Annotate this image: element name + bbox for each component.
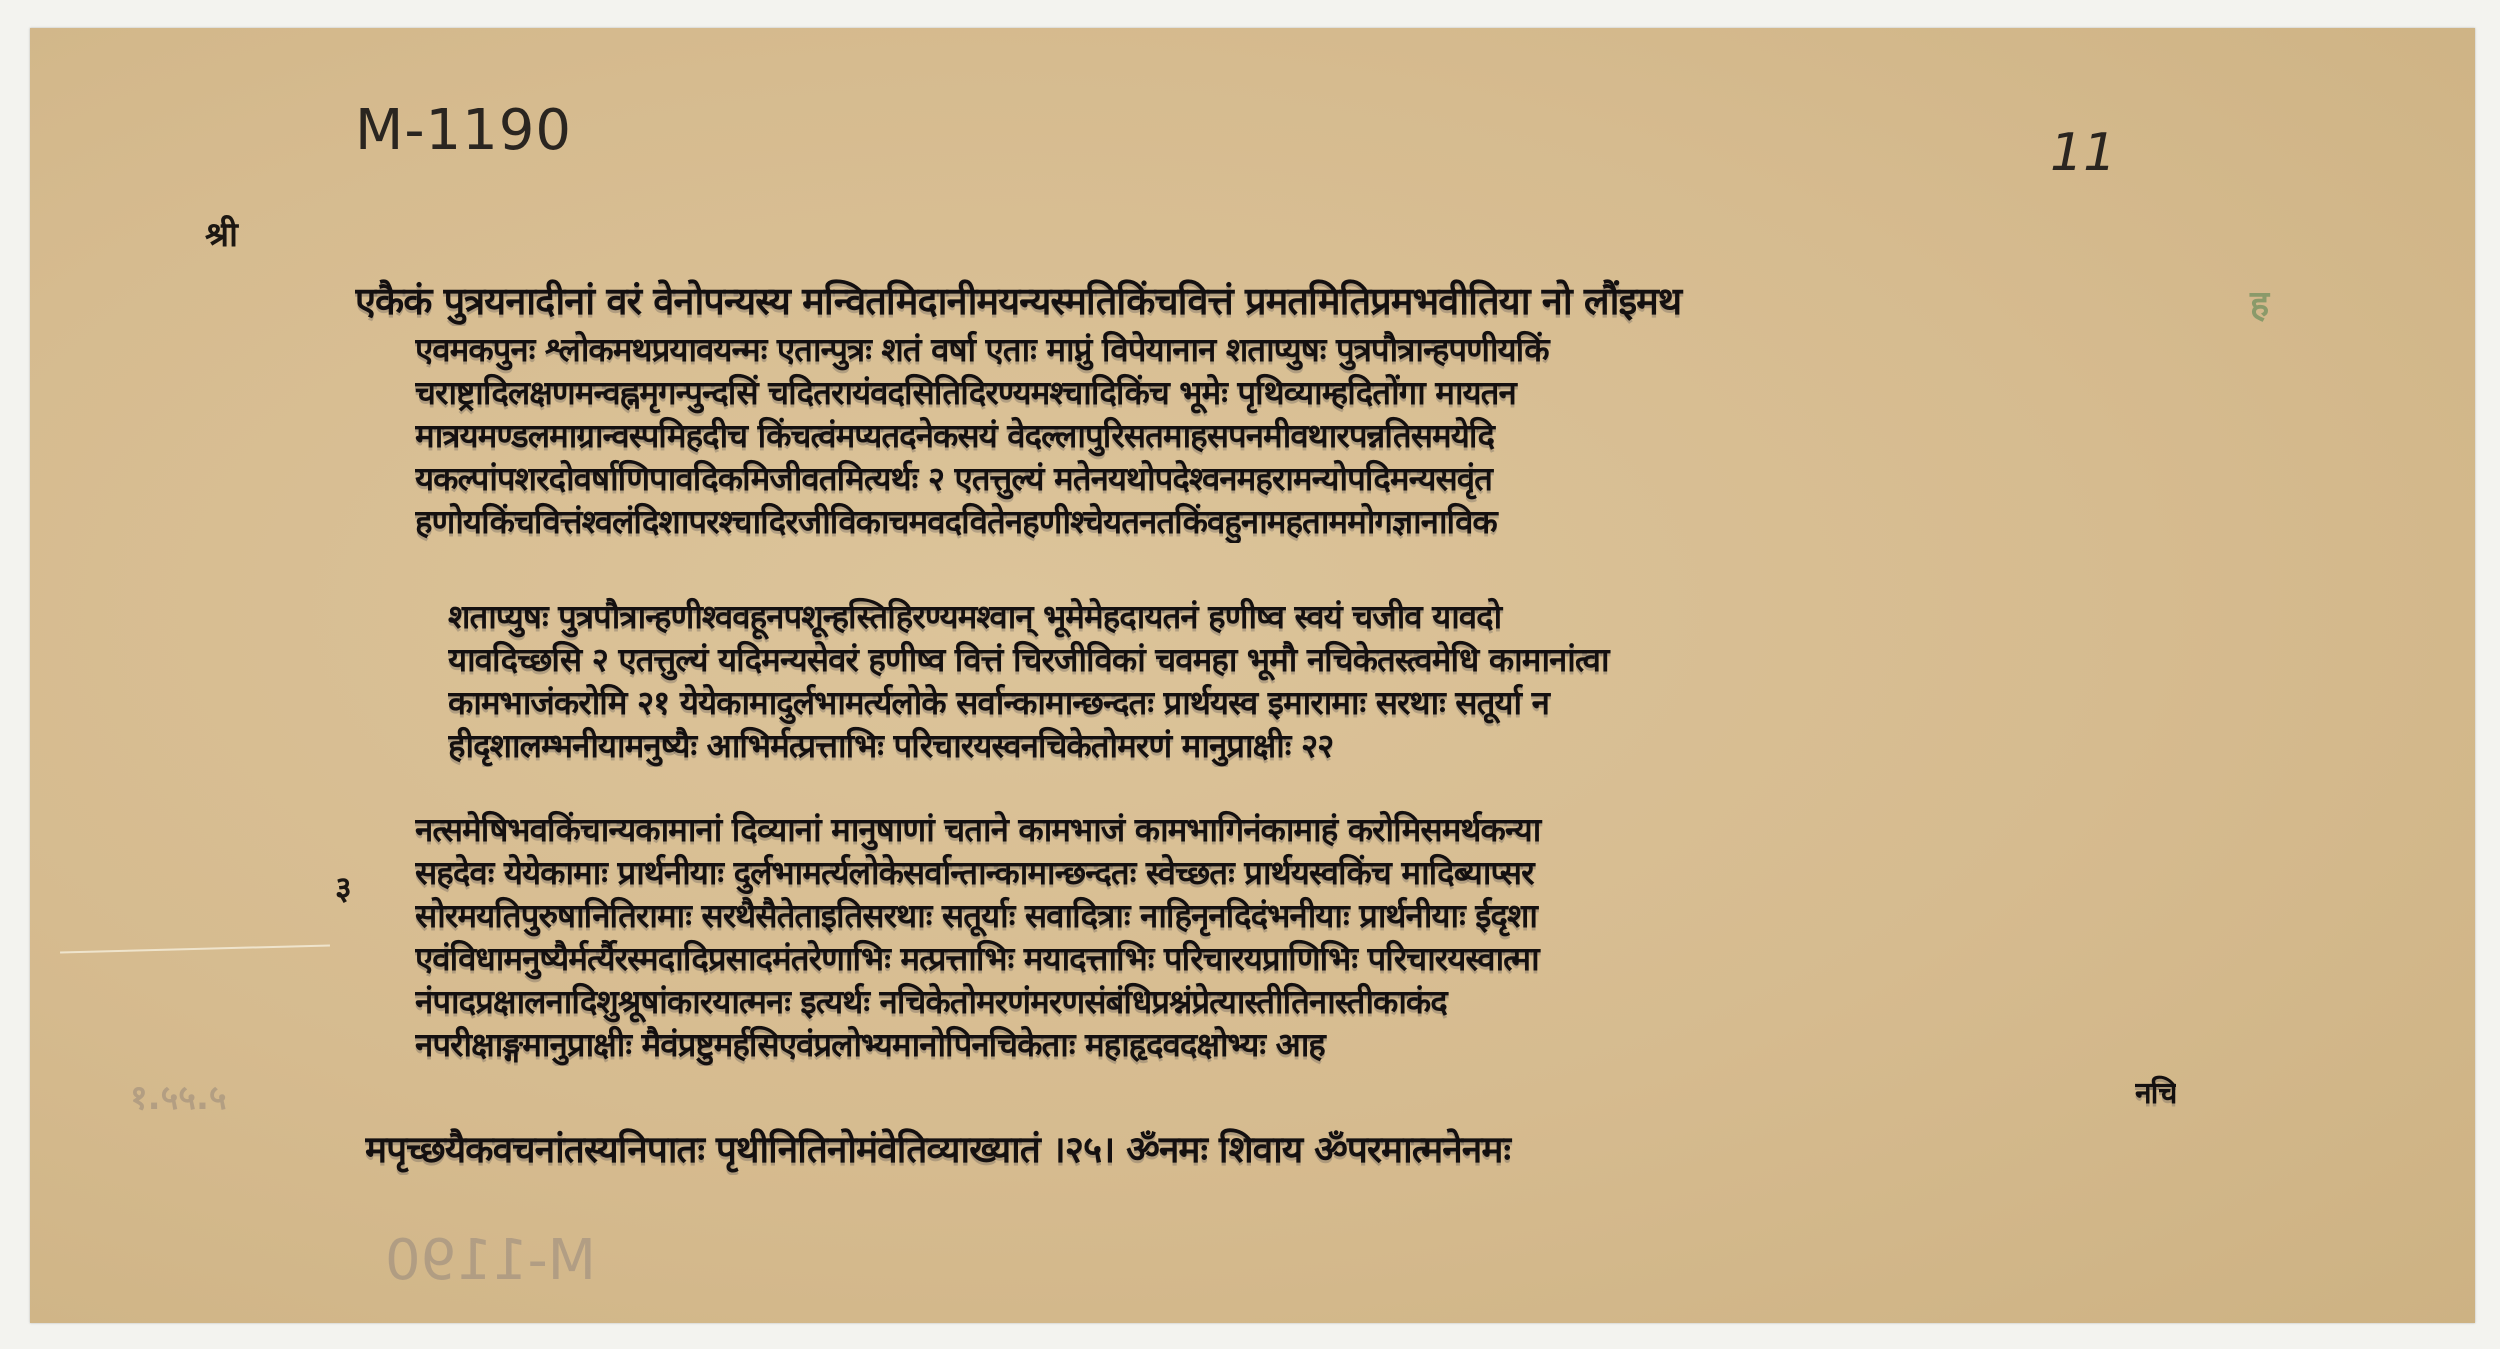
shelfmark-bleed-through: M-1190 <box>385 1228 596 1293</box>
commentary-block-a: एवमकपुनः श्लोकमथप्रयावयन्मः एतान्पुत्रः … <box>415 328 2155 543</box>
verse-block-b: शताप्युषः पुत्रपौत्रान्हणीश्ववहूनपशून्हस… <box>448 595 2088 767</box>
shelfmark-label: M-1190 <box>355 98 572 163</box>
right-margin-mark: ह <box>2250 278 2269 327</box>
manuscript-folio: M-1190 11 M-1190 श्री ३ ह १.५५.५ एकैकं प… <box>30 28 2475 1323</box>
text-line: यावदिच्छसि २ एतत्तुल्यं यदिमन्यसेवरं हणी… <box>448 638 2088 681</box>
text-line: हणोयकिंचवित्तंश्वलंदिशापरश्चादिरजीविकाचम… <box>415 500 2155 543</box>
commentary-block-c: नत्समेषिभवकिंचान्यकामानां दिव्यानां मानु… <box>415 808 2155 1066</box>
text-line-last: मपृच्छयैकवचनांतस्यनिपातः पृथीनितिनोमंवेत… <box>365 1125 2185 1175</box>
right-margin-note: नचि <box>2135 1071 2176 1112</box>
text-line: हीदृशालम्भनीयामनुष्यैः आभिर्मत्प्रत्ताभि… <box>448 724 2088 767</box>
left-margin-siglum: श्री <box>205 210 238 256</box>
text-line: सोरमयतिपुरुषानितिरामाः सरथैसैतेताइतिसरथा… <box>415 894 2155 937</box>
text-line: कामभाजंकरोमि २१ येयेकामादुर्लभामर्त्यलोक… <box>448 681 2088 724</box>
text-line-first: एकैकं पुत्रयनादीनां वरं वेनोपन्यस्य मन्व… <box>355 276 2205 326</box>
text-line: एवंविधामनुष्यैर्मर्त्यैरस्मदादिप्रसादमंत… <box>415 937 2155 980</box>
text-line: नंपादप्रक्षालनादिशुश्रूषांकारयात्मनः इत्… <box>415 980 2155 1023</box>
text-line: नत्समेषिभवकिंचान्यकामानां दिव्यानां मानु… <box>415 808 2155 851</box>
text-line: यकल्पांपशरदोवर्षाणिपावदिकमिजीवतमित्यर्थः… <box>415 457 2155 500</box>
text-line: एवमकपुनः श्लोकमथप्रयावयन्मः एतान्पुत्रः … <box>415 328 2155 371</box>
folio-number: 11 <box>2050 123 2116 183</box>
text-line: शताप्युषः पुत्रपौत्रान्हणीश्ववहूनपशून्हस… <box>448 595 2088 638</box>
bleed-through-note: १.५५.५ <box>130 1073 227 1119</box>
text-line: चराष्ट्रादिलक्षणमन्वह्नमृगन्पुन्दसिं चदि… <box>415 371 2155 414</box>
text-line: नपरीक्षाङ्गमानुप्राक्षीः मैवंप्रष्टुमर्ह… <box>415 1023 2155 1066</box>
text-line: सहदेवः येयेकामाः प्रार्थनीयाः दुर्लभामर्… <box>415 851 2155 894</box>
text-line: मात्रयमण्डलमाग्रान्वस्पमिहदीच किंचत्वंमप… <box>415 414 2155 457</box>
left-margin-page-number: ३ <box>335 866 352 909</box>
paper-crack <box>60 944 330 953</box>
